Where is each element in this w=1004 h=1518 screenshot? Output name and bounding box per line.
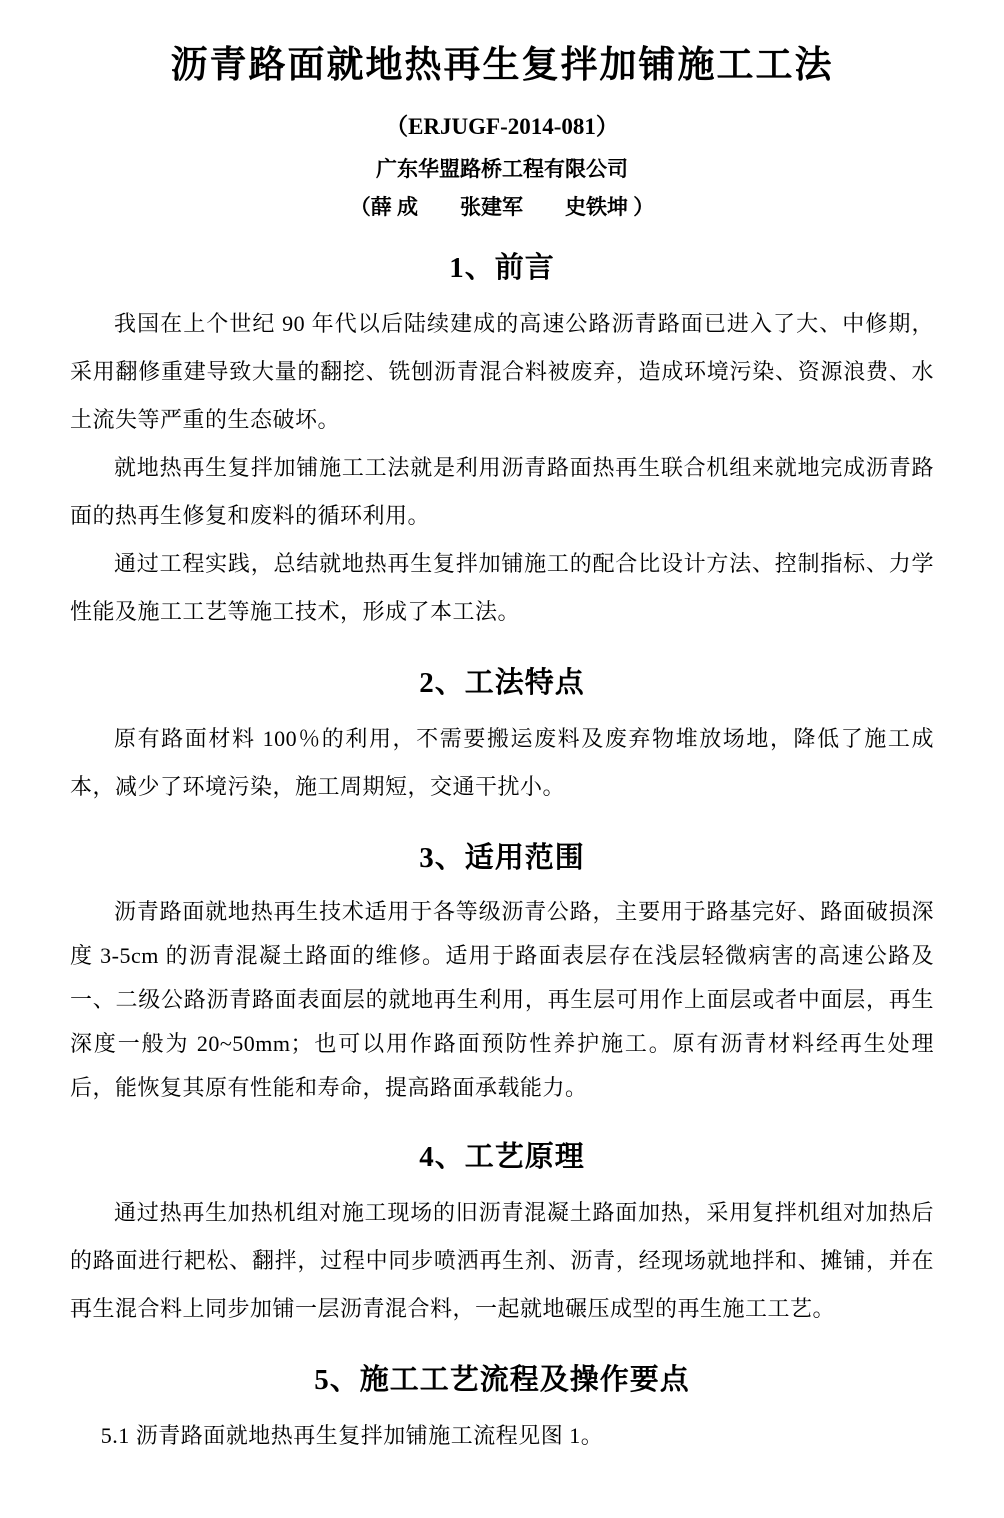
section-process-principle: 4、工艺原理 通过热再生加热机组对施工现场的旧沥青混凝土路面加热，采用复拌机组对…	[70, 1134, 934, 1333]
section-heading-5: 5、施工工艺流程及操作要点	[70, 1357, 934, 1398]
document-title: 沥青路面就地热再生复拌加铺施工工法	[70, 34, 934, 88]
section-construction-process: 5、施工工艺流程及操作要点 5.1 沥青路面就地热再生复拌加铺施工流程见图 1。	[70, 1357, 934, 1460]
section-foreword: 1、前言 我国在上个世纪 90 年代以后陆续建成的高速公路沥青路面已进入了大、中…	[70, 245, 934, 636]
paragraph: 就地热再生复拌加铺施工工法就是利用沥青路面热再生联合机组来就地完成沥青路面的热再…	[70, 444, 934, 540]
author-names: （薛 成 张建军 史铁坤 ）	[70, 191, 934, 221]
paragraph: 沥青路面就地热再生技术适用于各等级沥青公路，主要用于路基完好、路面破损深度 3-…	[70, 890, 934, 1110]
section-heading-3: 3、适用范围	[70, 835, 934, 876]
section-application-scope: 3、适用范围 沥青路面就地热再生技术适用于各等级沥青公路，主要用于路基完好、路面…	[70, 835, 934, 1110]
document-page: 沥青路面就地热再生复拌加铺施工工法 （ERJUGF-2014-081） 广东华盟…	[0, 0, 1004, 1518]
section-heading-4: 4、工艺原理	[70, 1134, 934, 1175]
paragraph: 我国在上个世纪 90 年代以后陆续建成的高速公路沥青路面已进入了大、中修期，采用…	[70, 300, 934, 444]
section-heading-1: 1、前言	[70, 245, 934, 286]
company-name: 广东华盟路桥工程有限公司	[70, 153, 934, 183]
document-number: （ERJUGF-2014-081）	[70, 108, 934, 141]
paragraph: 通过工程实践，总结就地热再生复拌加铺施工的配合比设计方法、控制指标、力学性能及施…	[70, 540, 934, 636]
paragraph-5-1: 5.1 沥青路面就地热再生复拌加铺施工流程见图 1。	[70, 1412, 934, 1460]
paragraph: 通过热再生加热机组对施工现场的旧沥青混凝土路面加热，采用复拌机组对加热后的路面进…	[70, 1189, 934, 1333]
paragraph: 原有路面材料 100％的利用，不需要搬运废料及废弃物堆放场地，降低了施工成本，减…	[70, 715, 934, 811]
section-method-features: 2、工法特点 原有路面材料 100％的利用，不需要搬运废料及废弃物堆放场地，降低…	[70, 660, 934, 811]
section-heading-2: 2、工法特点	[70, 660, 934, 701]
